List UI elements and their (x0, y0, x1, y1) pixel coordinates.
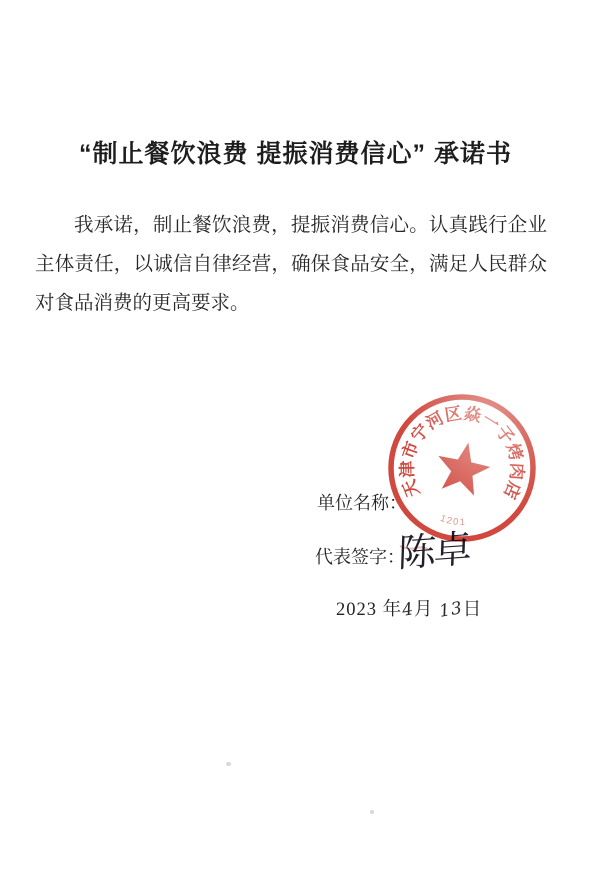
seal-star-icon (432, 437, 495, 498)
date-month-handwritten: 4 (402, 599, 414, 621)
seal-ink-smudge (400, 546, 430, 550)
official-red-seal: 天津市宁河区焱一子烤肉店 1201 (383, 386, 547, 550)
date-day-handwritten: 13 (439, 598, 463, 623)
date-month-label: 月 (414, 600, 434, 620)
scan-artifact (370, 810, 374, 814)
date-line: 2023 年4月 13日 (336, 595, 482, 621)
date-day-label: 日 (463, 600, 483, 620)
date-year: 2023 年 (336, 600, 402, 620)
seal-serial-number: 1201 (439, 513, 467, 528)
scan-artifact (226, 762, 231, 766)
commitment-letter-page: “制止餐饮浪费 提振消费信心” 承诺书 我承诺，制止餐饮浪费，提振消费信心。认真… (0, 0, 591, 886)
document-title: “制止餐饮浪费 提振消费信心” 承诺书 (0, 134, 591, 170)
representative-label: 代表签字： (315, 547, 405, 567)
commitment-paragraph: 我承诺，制止餐饮浪费，提振消费信心。认真践行企业主体责任，以诚信自律经营，确保食… (35, 206, 547, 323)
